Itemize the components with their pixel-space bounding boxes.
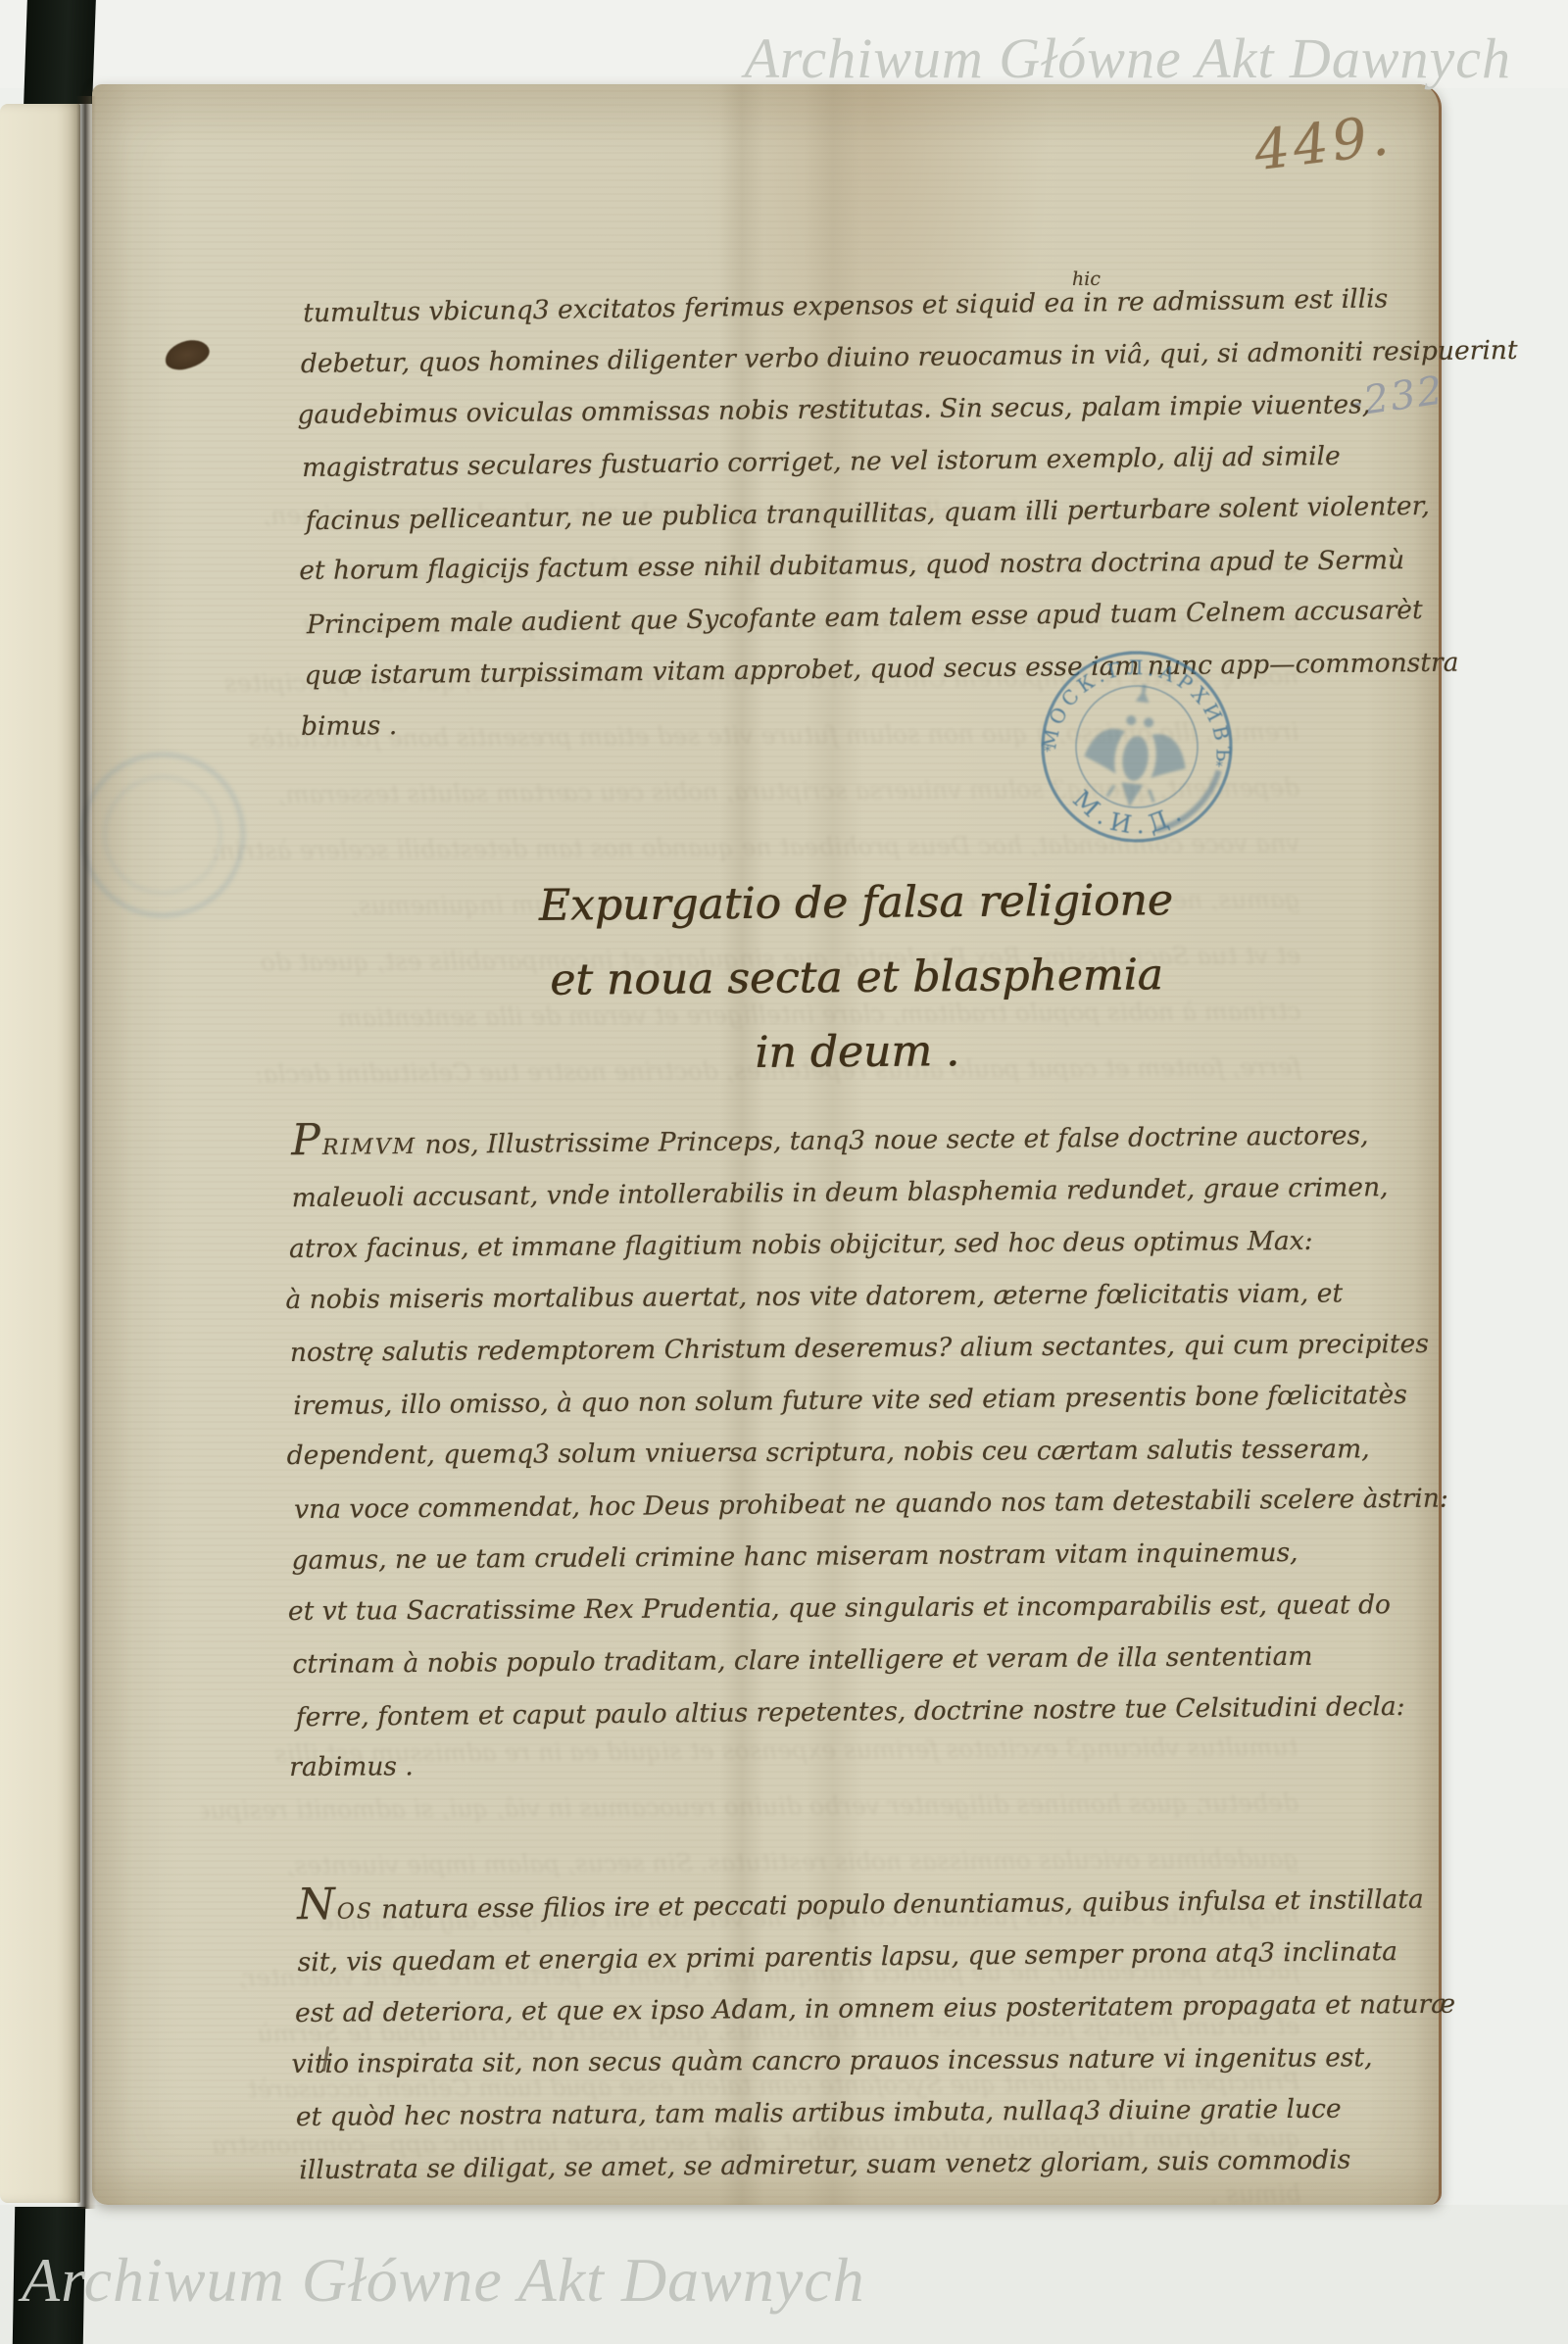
archive-stamp: МОСК.ГЛ.АРХИВЪ М.И.Д. ⁎ ⁎ (1016, 626, 1256, 866)
initial-word: Nos (297, 1878, 373, 1935)
ink-blot (163, 337, 213, 373)
paragraph-nos-lines: sit, vis quedam et energia ex primi pare… (294, 1927, 1456, 2195)
paragraph-opening-lines: tumultus vbicunq3 excitatos ferimus expe… (300, 272, 1522, 754)
archive-watermark-bottom: Archiwum Główne Akt Dawnych (22, 2244, 865, 2317)
manuscript-scan: Archiwum Główne Akt Dawnych maleuoli acc… (0, 0, 1568, 2344)
manuscript-page: maleuoli accusant, vnde intollerabilis i… (92, 84, 1442, 2205)
binding-gutter (76, 96, 96, 2209)
first-line-rest: natura esse filios ire et peccati populo… (373, 1884, 1424, 1926)
section-heading: Expurgatio de falsa religioneet noua sec… (326, 861, 1387, 1094)
paragraph-opening: hic tumultus vbicunq3 excitatos ferimus … (300, 272, 1522, 754)
section-heading-lines: Expurgatio de falsa religioneet noua sec… (326, 861, 1387, 1094)
stamp-separator-right: ⁎ (1215, 755, 1225, 771)
paragraph-primum: Primvm nos, Illustrissime Princeps, tanq… (288, 1104, 1447, 1794)
first-line-rest: nos, Illustrissime Princeps, tanq3 noue … (416, 1120, 1369, 1160)
initial-word: Primvm (291, 1113, 416, 1171)
binding-ribbon-top (24, 0, 96, 104)
paragraph-nos-natura: Nos natura esse filios ire et peccati po… (294, 1869, 1457, 2195)
binding-ribbon-bottom (13, 2207, 85, 2344)
stamp-bleedthrough (80, 753, 245, 917)
archive-watermark-top: Archiwum Główne Akt Dawnych (744, 25, 1511, 91)
stamp-separator-left: ⁎ (1043, 740, 1053, 757)
previous-page-edge (0, 104, 80, 2203)
paragraph-primum-lines: maleuoli accusant, vnde intollerabilis i… (288, 1162, 1447, 1794)
folio-number: 449. (1251, 104, 1396, 184)
